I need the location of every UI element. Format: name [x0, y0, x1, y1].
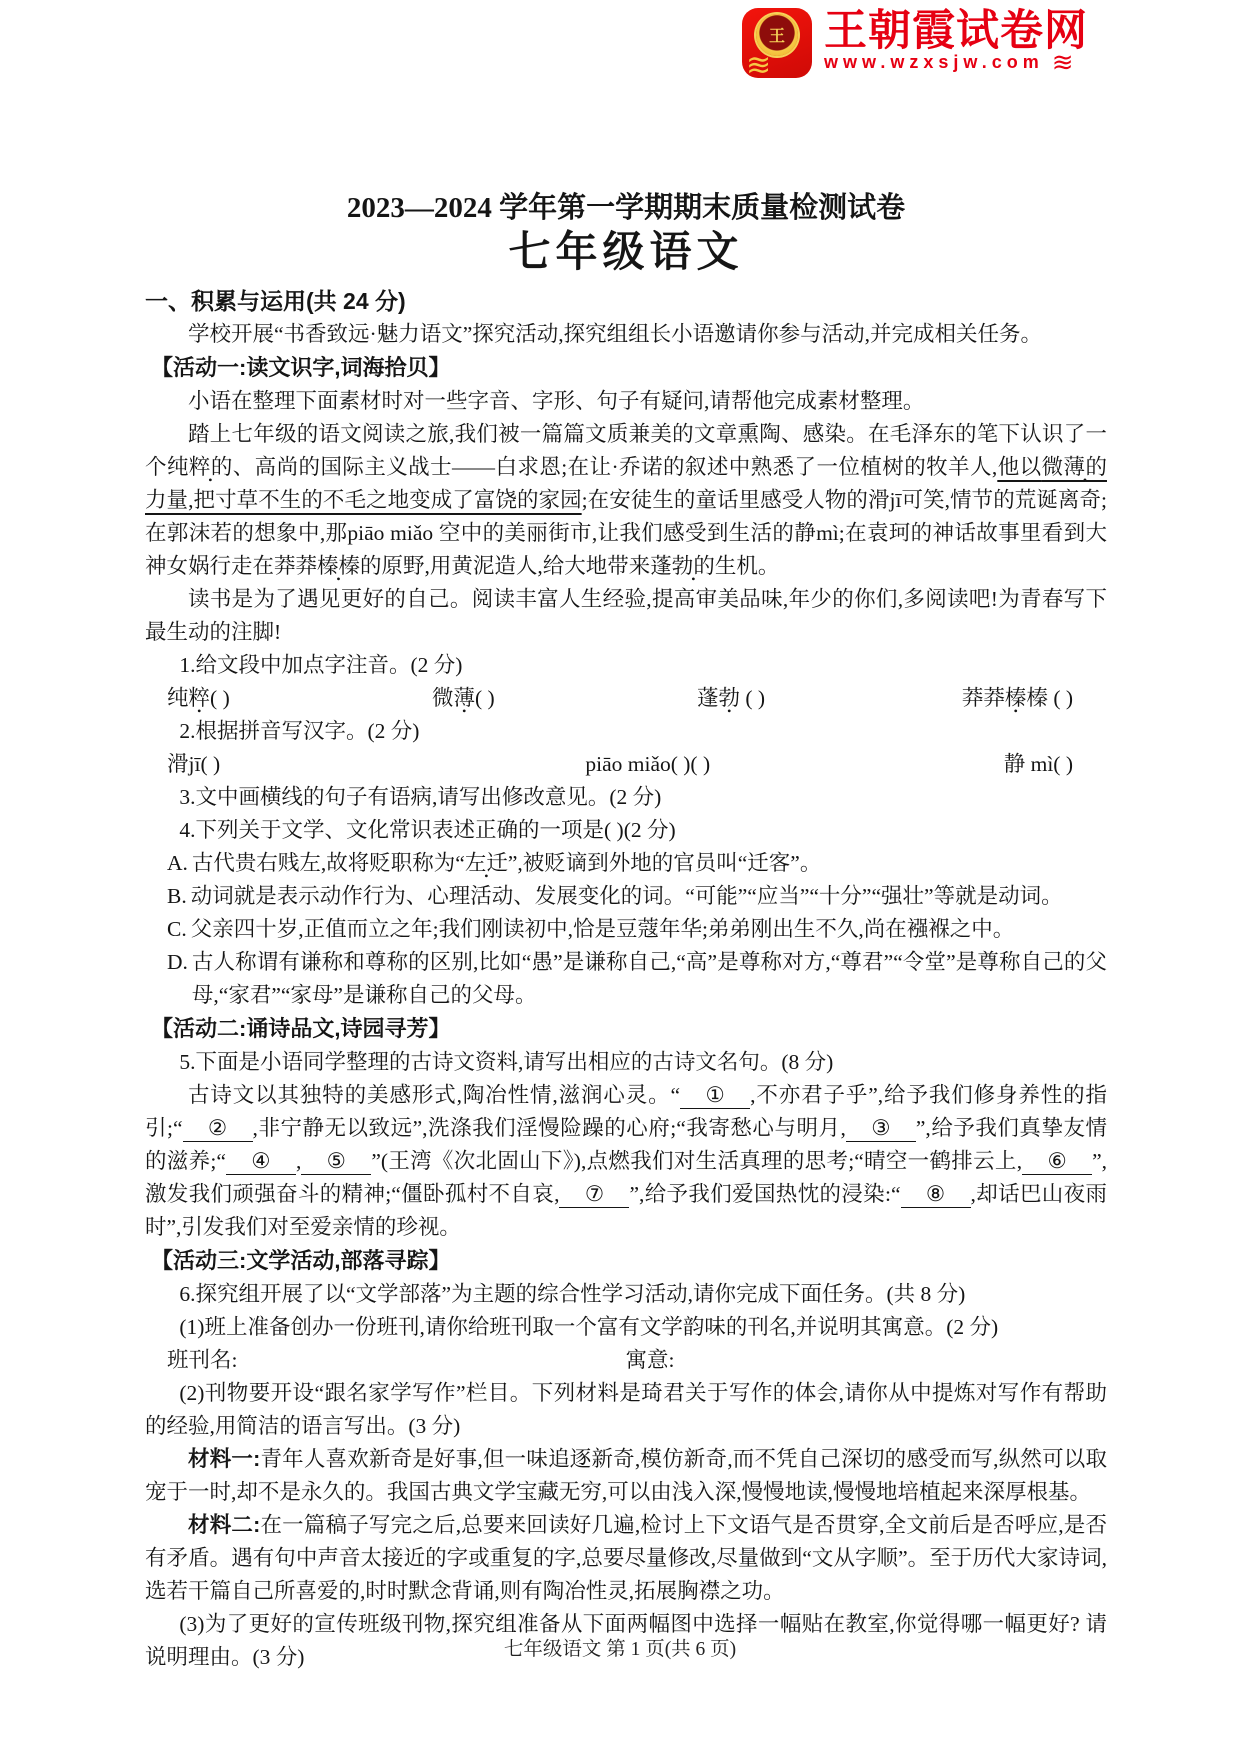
q1-item: 莽莽榛榛 ( )	[962, 682, 1073, 715]
question-2-items: 滑jī( ) piāo miǎo( )( ) 静 mì( )	[167, 748, 1107, 781]
question-4-option-a: A. 古代贵右贱左,故将贬职称为“左迁”,被贬谪到外地的官员叫“迁客”。	[167, 847, 1107, 880]
option-text: 父亲四十岁,正值而立之年;我们刚读初中,恰是豆蔻年华;弟弟刚出生不久,尚在襁褓之…	[191, 913, 1015, 946]
paper-content: 2023—2024 学年第一学期期末质量检测试卷 七年级语文 一、积累与运用(共…	[145, 0, 1107, 1674]
question-6-fields: 班刊名: 寓意:	[167, 1344, 1107, 1377]
q1-item: 微薄( )	[432, 682, 697, 715]
material-2-text: 在一篇稿子写完之后,总要来回读好几遍,检讨上下文语气是否贯穿,全文前后是否呼应,…	[145, 1513, 1107, 1603]
activity3-heading: 【活动三:文学活动,部落寻踪】	[151, 1244, 1107, 1278]
exam-paper-page: ≋ 王朝霞试卷网 www.wzxsjw.com ≋ 2023—2024 学年第一…	[0, 0, 1240, 1753]
activity1-heading: 【活动一:读文识字,词海拾贝】	[151, 351, 1107, 385]
question-6-stem: 6.探究组开展了以“文学部落”为主题的综合性学习活动,请你完成下面任务。(共 8…	[145, 1278, 1107, 1311]
question-4-stem: 4.下列关于文学、文化常识表述正确的一项是( )(2 分)	[145, 814, 1107, 847]
material-1-label: 材料一:	[188, 1447, 260, 1471]
q2-item: 滑jī( )	[167, 748, 585, 781]
material-1-text: 青年人喜欢新奇是好事,但一味追逐新奇,模仿新奇,而不凭自己深切的感受而写,纵然可…	[145, 1447, 1107, 1504]
option-label: A.	[167, 847, 188, 880]
section1-intro: 学校开展“书香致远·魅力语文”探究活动,探究组组长小语邀请你参与活动,并完成相关…	[145, 318, 1107, 351]
page-footer: 七年级语文 第 1 页(共 6 页)	[0, 1633, 1240, 1661]
material-2: 材料二:在一篇稿子写完之后,总要来回读好几遍,检讨上下文语气是否贯穿,全文前后是…	[145, 1509, 1107, 1608]
question-6-sub2: (2)刊物要开设“跟名家学写作”栏目。下列材料是琦君关于写作的体会,请你从中提炼…	[145, 1377, 1107, 1443]
q2-item: 静 mì( )	[1004, 748, 1073, 781]
question-2-stem: 2.根据拼音写汉字。(2 分)	[145, 715, 1107, 748]
question-5-passage: 古诗文以其独特的美感形式,陶冶性情,滋润心灵。“①,不亦君子乎”,给予我们修身养…	[145, 1079, 1107, 1244]
question-4-option-d: D. 古人称谓有谦称和尊称的区别,比如“愚”是谦称自己,“高”是尊称对方,“尊君…	[167, 946, 1107, 1012]
section1-heading: 一、积累与运用(共 24 分)	[145, 284, 1107, 318]
question-1-stem: 1.给文段中加点字注音。(2 分)	[145, 649, 1107, 682]
option-text: 古人称谓有谦称和尊称的区别,比如“愚”是谦称自己,“高”是尊称对方,“尊君”“令…	[192, 946, 1107, 1012]
meaning-field-label: 寓意:	[625, 1344, 674, 1377]
option-text: 古代贵右贱左,故将贬职称为“左迁”,被贬谪到外地的官员叫“迁客”。	[192, 847, 821, 880]
exam-session-title: 2023—2024 学年第一学期期末质量检测试卷	[145, 190, 1107, 226]
q1-item: 蓬勃 ( )	[697, 682, 962, 715]
q2-item: piāo miǎo( )( )	[585, 748, 1003, 781]
material-1: 材料一:青年人喜欢新奇是好事,但一味追逐新奇,模仿新奇,而不凭自己深切的感受而写…	[145, 1443, 1107, 1509]
question-6-sub1: (1)班上准备创办一份班刊,请你给班刊取一个富有文学韵味的刊名,并说明其寓意。(…	[145, 1311, 1107, 1344]
option-label: D.	[167, 946, 188, 1012]
activity2-heading: 【活动二:诵诗品文,诗园寻芳】	[151, 1012, 1107, 1046]
activity1-lead: 小语在整理下面素材时对一些字音、字形、句子有疑问,请帮他完成素材整理。	[145, 385, 1107, 418]
question-4-option-c: C. 父亲四十岁,正值而立之年;我们刚读初中,恰是豆蔻年华;弟弟刚出生不久,尚在…	[167, 913, 1107, 946]
option-label: C.	[167, 913, 187, 946]
q1-item: 纯粹( )	[167, 682, 432, 715]
question-1-items: 纯粹( ) 微薄( ) 蓬勃 ( ) 莽莽榛榛 ( )	[167, 682, 1107, 715]
reading-passage-2: 读书是为了遇见更好的自己。阅读丰富人生经验,提高审美品味,年少的你们,多阅读吧!…	[145, 583, 1107, 649]
journal-name-field-label: 班刊名:	[167, 1344, 237, 1377]
question-4-option-b: B. 动词就是表示动作行为、心理活动、发展变化的词。“可能”“应当”“十分”“强…	[167, 880, 1107, 913]
question-5-stem: 5.下面是小语同学整理的古诗文资料,请写出相应的古诗文名句。(8 分)	[145, 1046, 1107, 1079]
option-label: B.	[167, 880, 187, 913]
subject-title: 七年级语文	[145, 228, 1107, 278]
option-text: 动词就是表示动作行为、心理活动、发展变化的词。“可能”“应当”“十分”“强壮”等…	[191, 880, 1063, 913]
question-3-stem: 3.文中画横线的句子有语病,请写出修改意见。(2 分)	[145, 781, 1107, 814]
reading-passage: 踏上七年级的语文阅读之旅,我们被一篇篇文质兼美的文章熏陶、感染。在毛泽东的笔下认…	[145, 418, 1107, 583]
material-2-label: 材料二:	[188, 1513, 260, 1537]
